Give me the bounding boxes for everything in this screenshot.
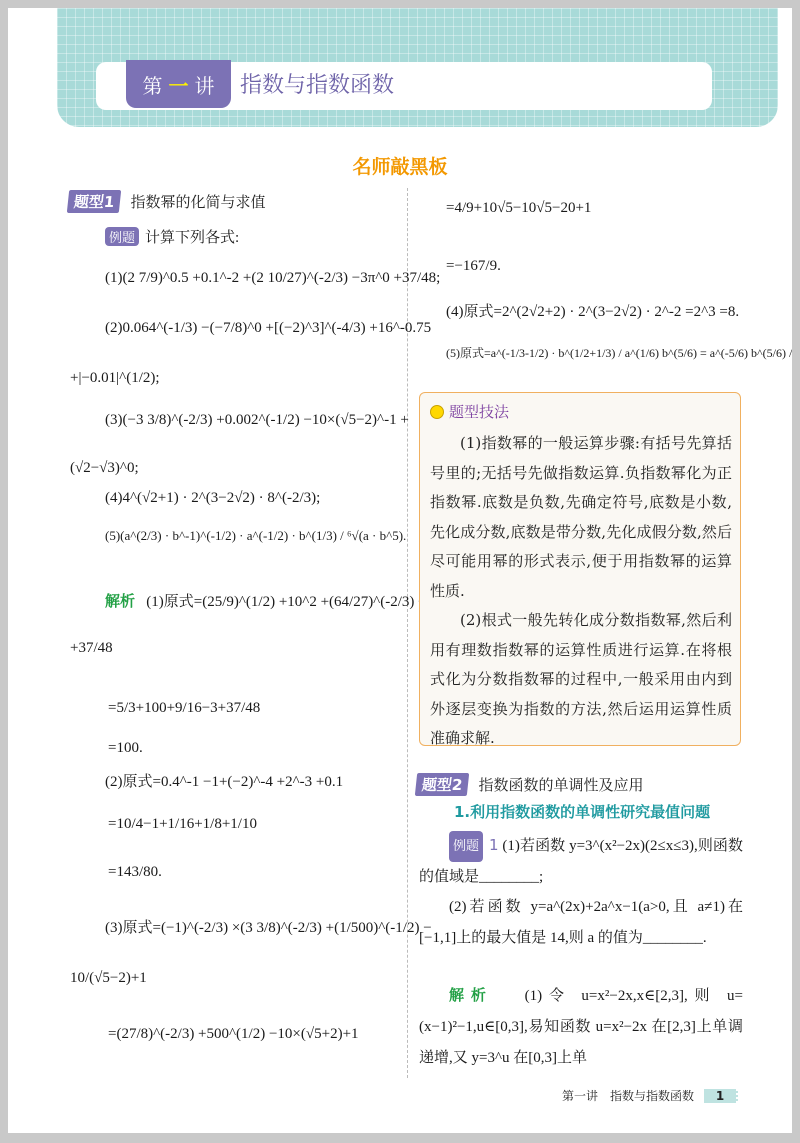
solution-line: (5)原式=a^(-1/3-1/2) · b^(1/2+1/3) / a^(1/… bbox=[446, 344, 792, 361]
problem-3-cont: (√2−√3)^0; bbox=[70, 460, 139, 477]
question-2: (2)若函数 y=a^(2x)+2a^x−1(a>0,且 a≠1)在[−1,1]… bbox=[419, 892, 743, 954]
topic1-tag: 题型1 bbox=[67, 190, 122, 213]
example-tag: 例题 bbox=[449, 831, 483, 862]
solution-line: =143/80. bbox=[108, 864, 162, 881]
problem-2-cont: +|−0.01|^(1/2); bbox=[70, 370, 160, 387]
tips-title-text: 题型技法 bbox=[449, 401, 509, 422]
page-number: 1 bbox=[704, 1089, 738, 1103]
solution-line: =4/9+10√5−10√5−20+1 bbox=[446, 200, 591, 217]
example-prompt: 计算下列各式: bbox=[145, 230, 239, 246]
solution-line: =(27/8)^(-2/3) +500^(1/2) −10×(√5+2)+1 bbox=[108, 1026, 359, 1043]
tips-paragraph: (2)根式一般先转化成分数指数幂,然后利用有理数指数幂的运算性质进行运算.在将根… bbox=[430, 606, 732, 754]
section-heading: 名师敲黑板 bbox=[8, 152, 792, 179]
example-number: 1 bbox=[489, 836, 499, 854]
tips-paragraph: (1)指数幂的一般运算步骤:有括号先算括号里的;无括号先做指数运算.负指数幂化为… bbox=[430, 429, 732, 606]
solution-line: =−167/9. bbox=[446, 258, 501, 275]
solution-label: 解析 bbox=[449, 986, 493, 1004]
running-title: 第一讲 指数与指数函数 bbox=[562, 1087, 694, 1104]
solution-line: (3)原式=(−1)^(-2/3) ×(3 3/8)^(-2/3) +(1/50… bbox=[105, 916, 432, 937]
problem-3: (3)(−3 3/8)^(-2/3) +0.002^(-1/2) −10×(√5… bbox=[105, 412, 409, 429]
problem-2: (2)0.064^(-1/3) −(−7/8)^0 +[(−2)^3]^(-4/… bbox=[105, 320, 431, 337]
page: 第 一 讲 指数与指数函数 名师敲黑板 题型1 指数幂的化简与求值 例题计算下列… bbox=[8, 8, 792, 1133]
lecture-tag: 第 一 讲 bbox=[126, 60, 231, 108]
topic2-header: 题型2 指数函数的单调性及应用 bbox=[416, 773, 643, 796]
solution-1: 解析 (1)原式=(25/9)^(1/2) +10^2 +(64/27)^(-2… bbox=[105, 590, 434, 611]
solution-line: =10/4−1+1/16+1/8+1/10 bbox=[108, 816, 257, 833]
tips-title: 题型技法 bbox=[430, 401, 509, 422]
topic2-subheading: 1.利用指数函数的单调性研究最值问题 bbox=[454, 801, 710, 822]
example-tag: 例题 bbox=[105, 227, 139, 246]
topic2-solution: 解析 (1)令 u=x²−2x,x∈[2,3],则 u=(x−1)²−1,u∈[… bbox=[419, 980, 743, 1074]
chapter-title: 指数与指数函数 bbox=[240, 68, 394, 99]
solution-line: (4)原式=2^(2√2+2) · 2^(3−2√2) · 2^-2 =2^3 … bbox=[446, 300, 739, 321]
solution-label: 解析 bbox=[105, 592, 135, 610]
solution-line: =5/3+100+9/16−3+37/48 bbox=[108, 700, 260, 717]
problem-5: (5)(a^(2/3) · b^-1)^(-1/2) · a^(-1/2) · … bbox=[105, 528, 406, 544]
solution-line: +37/48 bbox=[70, 640, 113, 657]
solution-line: (1)原式=(25/9)^(1/2) +10^2 +(64/27)^(-2/3)… bbox=[146, 594, 434, 610]
footer: 第一讲 指数与指数函数 1 bbox=[562, 1087, 738, 1104]
lecture-prefix: 第 bbox=[143, 70, 163, 99]
solution-line: (2)原式=0.4^-1 −1+(−2)^-4 +2^-3 +0.1 bbox=[105, 770, 343, 791]
tips-box: 题型技法 (1)指数幂的一般运算步骤:有括号先算括号里的;无括号先做指数运算.负… bbox=[419, 392, 741, 746]
topic1-example: 例题计算下列各式: bbox=[105, 226, 239, 247]
lightbulb-icon bbox=[430, 405, 444, 419]
lecture-number: 一 bbox=[169, 70, 189, 99]
solution-line: =100. bbox=[108, 740, 143, 757]
solution-line: 10/(√5−2)+1 bbox=[70, 970, 147, 987]
topic2-title: 指数函数的单调性及应用 bbox=[478, 774, 643, 795]
problem-4: (4)4^(√2+1) · 2^(3−2√2) · 8^(-2/3); bbox=[105, 490, 320, 507]
topic2-tag: 题型2 bbox=[415, 773, 470, 796]
tips-body: (1)指数幂的一般运算步骤:有括号先算括号里的;无括号先做指数运算.负指数幂化为… bbox=[430, 429, 732, 754]
topic2-example: 例题1 (1)若函数 y=3^(x²−2x)(2≤x≤3),则函数的值域是___… bbox=[419, 830, 743, 893]
problem-1: (1)(2 7/9)^0.5 +0.1^-2 +(2 10/27)^(-2/3)… bbox=[105, 270, 440, 287]
lecture-suffix: 讲 bbox=[195, 70, 215, 99]
topic1-title: 指数幂的化简与求值 bbox=[130, 191, 265, 212]
topic1-header: 题型1 指数幂的化简与求值 bbox=[68, 190, 265, 213]
